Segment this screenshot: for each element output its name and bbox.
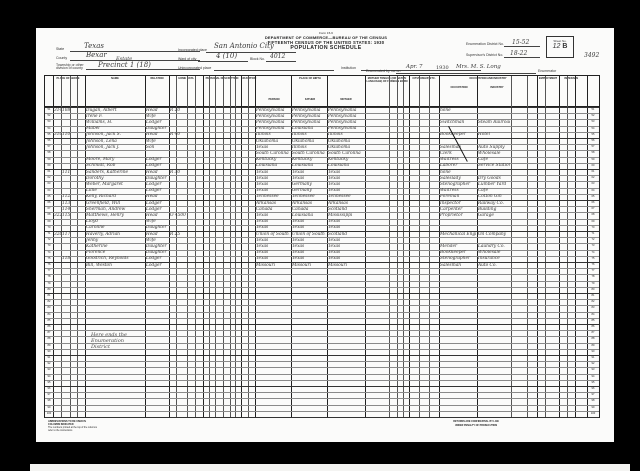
industry: Auto Co. <box>478 263 510 268</box>
incorporated-label: Incorporated place <box>178 48 207 52</box>
line-number: 55 <box>45 133 53 136</box>
line-number: 74 <box>589 251 597 254</box>
line-number: 100 <box>45 412 53 415</box>
sheet-number: 12 <box>553 43 561 50</box>
birthplace: Pennsylvania <box>256 126 290 131</box>
line-number: 82 <box>589 300 597 303</box>
occupation: Mechanical Engineer <box>440 232 476 237</box>
person-name: Dorothy <box>86 176 144 181</box>
father-birthplace: Germany <box>292 188 326 193</box>
person-name: Caroline <box>86 225 144 230</box>
industry: Laundry Co. <box>478 244 510 249</box>
line-number: 70 <box>45 226 53 229</box>
relation: Wife <box>146 139 168 144</box>
occupation: Carpenter <box>440 207 476 212</box>
family-number: 115 <box>62 213 70 218</box>
line-number: 67 <box>589 207 597 210</box>
line-number: 96 <box>589 387 597 390</box>
industry: Oil Company <box>478 232 510 237</box>
birthplace: Texas <box>256 176 290 181</box>
township-value: Precinct 1 (18) <box>98 61 151 69</box>
line-number: 59 <box>589 158 597 161</box>
industry: Building <box>478 207 510 212</box>
father-birthplace: Arkansas <box>292 201 326 206</box>
mother-birthplace: Texas <box>328 170 364 175</box>
line-number: 58 <box>45 151 53 154</box>
line-number: 93 <box>45 368 53 371</box>
occupation: Clerk <box>440 151 476 156</box>
house-number: 314 <box>54 108 61 113</box>
industry: Lumber Yard <box>478 182 510 187</box>
subhead-father: FATHER <box>293 98 327 101</box>
subhead-occupation: OCCUPATION <box>441 86 477 89</box>
county-value: Bexar <box>86 51 107 59</box>
line-number: 89 <box>45 344 53 347</box>
line-number: 54 <box>45 127 53 130</box>
person-name: Johnson, Lena <box>86 139 144 144</box>
house-number: 326 <box>54 232 61 237</box>
father-birthplace: Kentucky <box>292 157 326 162</box>
group-veterans: VETERANS <box>559 77 583 80</box>
line-number: 60 <box>45 164 53 167</box>
relation: Head <box>146 132 168 137</box>
line-number: 96 <box>45 387 53 390</box>
mother-birthplace: Scotland <box>328 207 364 212</box>
group-name: NAME <box>85 77 145 80</box>
person-name: Johnson, Jack S. <box>86 132 144 137</box>
person-name: Bill, Weston <box>86 263 144 268</box>
subhead-person: PERSON <box>257 98 291 101</box>
father-birthplace: Louisiana <box>292 213 326 218</box>
industry: Wholesale <box>478 151 510 156</box>
industry: Dry Goods <box>478 176 510 181</box>
enumerated-date: Apr. 7 <box>406 64 423 70</box>
line-number: 74 <box>45 251 53 254</box>
mother-birthplace: Oklahoma <box>328 145 364 150</box>
mother-birthplace: Kentucky <box>328 157 364 162</box>
father-birthplace: Illinois <box>292 145 326 150</box>
line-number: 87 <box>45 331 53 334</box>
enumeration-district-value: 15-52 <box>512 39 529 46</box>
birthplace: Canada <box>256 207 290 212</box>
line-number: 66 <box>45 201 53 204</box>
column-headers: PLACE OF ABODE NAME RELATION HOME DATA P… <box>45 76 599 107</box>
group-place-of-abode: PLACE OF ABODE <box>53 77 83 80</box>
relation: Lodger <box>146 182 168 187</box>
industry: Steam Railroad <box>478 120 510 125</box>
line-number: 69 <box>589 220 597 223</box>
line-number: 78 <box>589 275 597 278</box>
relation: Lodger <box>146 120 168 125</box>
sheet-side: B <box>562 43 567 50</box>
next-sheet-edge <box>30 464 630 471</box>
line-number: 83 <box>45 306 53 309</box>
line-number: 69 <box>45 220 53 223</box>
population-schedule-grid: PLACE OF ABODE NAME RELATION HOME DATA P… <box>44 75 600 418</box>
enumerator-label: Enumerator <box>538 69 556 73</box>
birthplace: South Carolina <box>256 151 290 156</box>
mother-birthplace: Missouri <box>328 263 364 268</box>
relation: Lodger <box>146 157 168 162</box>
mother-birthplace: Oklahoma <box>328 139 364 144</box>
line-number: 92 <box>589 362 597 365</box>
relation: Lodger <box>146 263 168 268</box>
occupation: none <box>440 108 476 113</box>
line-number: 70 <box>589 226 597 229</box>
line-number: 73 <box>45 244 53 247</box>
form-title-block: Form 15-6 DEPARTMENT OF COMMERCE—BUREAU … <box>241 31 411 51</box>
father-birthplace: Pennsylvania <box>292 108 326 113</box>
line-number: 64 <box>45 189 53 192</box>
line-number: 68 <box>45 213 53 216</box>
house-number: 322 <box>54 213 61 218</box>
institution-label: Institution <box>341 66 356 70</box>
line-number: 90 <box>589 350 597 353</box>
block-label: Block No. <box>250 57 265 61</box>
line-number: 80 <box>45 288 53 291</box>
mother-birthplace: Scotland <box>328 232 364 237</box>
family-number: 114 <box>62 207 70 212</box>
father-birthplace: Union of South Africa <box>292 232 326 237</box>
mother-birthplace: Texas <box>328 219 364 224</box>
line-number: 86 <box>45 325 53 328</box>
line-number: 94 <box>589 375 597 378</box>
line-number: 58 <box>589 151 597 154</box>
birthplace: Texas <box>256 188 290 193</box>
enumerated-year: 1930 <box>436 65 449 71</box>
line-number: 71 <box>45 232 53 235</box>
mother-birthplace: Texas <box>328 244 364 249</box>
ward-line <box>198 61 248 62</box>
subhead-mother: MOTHER <box>329 98 363 101</box>
relation: Lodger <box>146 207 168 212</box>
relation: Daughter <box>146 126 168 131</box>
line-number: 100 <box>589 412 597 415</box>
father-birthplace: Germany <box>292 182 326 187</box>
line-number: 84 <box>45 313 53 316</box>
relation: Wife <box>146 219 168 224</box>
mother-birthplace: Texas <box>328 238 364 243</box>
relation: Head <box>146 194 168 199</box>
ed-line <box>504 46 540 47</box>
footer-penalty: UNDER PENALTY OF PROSECUTION <box>446 424 506 427</box>
mother-birthplace: Louisiana <box>328 163 364 168</box>
relation: Daughter <box>146 244 168 249</box>
occupation: Proprietor <box>440 213 476 218</box>
birthplace: Union of South Africa <box>256 232 290 237</box>
father-birthplace: Illinois <box>292 132 326 137</box>
birthplace: Texas <box>256 182 290 187</box>
mother-birthplace: Texas <box>328 176 364 181</box>
state-value: Texas <box>84 42 104 50</box>
line-number: 72 <box>45 238 53 241</box>
block-line <box>266 61 296 62</box>
line-number: 71 <box>589 232 597 235</box>
birthplace: Texas <box>256 219 290 224</box>
home-data: R 20 <box>170 108 186 113</box>
occupation: Laborer <box>440 163 476 168</box>
industry: Cafe <box>478 188 510 193</box>
enumerator-name: Mrs. M. S. Long <box>456 64 501 70</box>
person-name: Johnson, Jack J. <box>86 145 144 150</box>
group-citizenship: CITIZENSHIP, ETC. <box>409 77 439 80</box>
mother-birthplace: Texas <box>328 225 364 230</box>
ward-value: 4 (10) <box>216 52 237 60</box>
person-name: Goodrich, Reynolds <box>86 256 144 261</box>
home-data: O 4500 <box>170 213 186 218</box>
group-relation: RELATION <box>145 77 169 80</box>
occupation: Foreman <box>440 194 476 199</box>
father-birthplace: South Carolina <box>292 151 326 156</box>
home-data: R 25 <box>170 232 186 237</box>
line-number: 79 <box>45 282 53 285</box>
unincorporated-label: Unincorporated place <box>178 66 211 70</box>
line-number: 57 <box>589 145 597 148</box>
schedule-title: POPULATION SCHEDULE <box>241 45 411 51</box>
birthplace: Pennsylvania <box>256 108 290 113</box>
relation: Lodger <box>146 201 168 206</box>
line-number: 84 <box>589 313 597 316</box>
birthplace: Kentucky <box>256 157 290 162</box>
father-birthplace: Canada <box>292 207 326 212</box>
person-name: Matthews, Henry <box>86 213 144 218</box>
line-number: 85 <box>45 319 53 322</box>
mother-birthplace: Pennsylvania <box>328 126 364 131</box>
person-name: Florence <box>86 250 144 255</box>
line-number: 94 <box>45 375 53 378</box>
family-number: 110 <box>62 132 70 137</box>
line-number: 62 <box>45 176 53 179</box>
relation: Lodger <box>146 188 168 193</box>
unincorporated-line <box>214 70 334 71</box>
line-number: 92 <box>45 362 53 365</box>
line-number: 65 <box>45 195 53 198</box>
line-number: 83 <box>589 306 597 309</box>
state-label: State <box>56 47 64 51</box>
enumerator-line <box>396 73 536 74</box>
occupation: Mender <box>440 244 476 249</box>
line-number: 85 <box>589 319 597 322</box>
mother-birthplace: South Carolina <box>328 151 364 156</box>
footer-instructions-note: The numbers printed at the top of the co… <box>48 426 98 432</box>
line-number: 77 <box>45 269 53 272</box>
person-name: Irene F. <box>86 114 144 119</box>
family-number: 112 <box>62 194 70 199</box>
occupation: Inspector <box>440 201 476 206</box>
relation: Daughter <box>146 225 168 230</box>
line-number: 86 <box>589 325 597 328</box>
industry: Auto Supply <box>478 145 510 150</box>
father-birthplace: Texas <box>292 176 326 181</box>
birthplace: Missouri <box>256 263 290 268</box>
sd-line <box>504 57 540 58</box>
line-number: 76 <box>589 263 597 266</box>
family-number: 108 <box>62 108 70 113</box>
line-number: 76 <box>45 263 53 266</box>
father-birthplace: Texas <box>292 170 326 175</box>
father-birthplace: Oklahoma <box>292 139 326 144</box>
person-name: Williams, H. <box>86 120 144 125</box>
birthplace: Pennsylvania <box>256 114 290 119</box>
line-number: 98 <box>45 399 53 402</box>
line-number: 91 <box>589 356 597 359</box>
person-name: Schmidt, Rob <box>86 163 144 168</box>
line-number: 52 <box>589 114 597 117</box>
line-number: 55 <box>589 133 597 136</box>
line-number: 57 <box>45 145 53 148</box>
relation: Head <box>146 232 168 237</box>
mother-birthplace: Illinois <box>328 132 364 137</box>
relation: Daughter <box>146 176 168 181</box>
father-birthplace: Texas <box>292 256 326 261</box>
form-footer: ABBREVIATIONS TO BE USED IN COLUMNS INDI… <box>44 418 598 436</box>
line-number: 99 <box>45 406 53 409</box>
line-number: 63 <box>45 182 53 185</box>
line-number: 66 <box>589 201 597 204</box>
supervisor-district-label: Supervisor's District No. <box>466 53 503 57</box>
line-number: 63 <box>589 182 597 185</box>
mother-birthplace: Texas <box>328 188 364 193</box>
person-name: Weber, Margaret <box>86 182 144 187</box>
mother-birthplace: Pennsylvania <box>328 114 364 119</box>
line-number: 61 <box>45 170 53 173</box>
relation: Son <box>146 145 168 150</box>
industry: Cafe <box>478 157 510 162</box>
group-home-data: HOME DATA <box>169 77 203 80</box>
line-number: 97 <box>45 393 53 396</box>
line-number: 89 <box>589 344 597 347</box>
relation: Lodger <box>146 256 168 261</box>
line-number: 81 <box>45 294 53 297</box>
subhead-industry: INDUSTRY <box>479 86 515 89</box>
home-data: R 40 <box>170 132 186 137</box>
birthplace: Louisiana <box>256 163 290 168</box>
family-number: 118 <box>62 256 70 261</box>
line-number: 90 <box>45 350 53 353</box>
father-birthplace: Pennsylvania <box>292 114 326 119</box>
line-number: 79 <box>589 282 597 285</box>
line-number: 87 <box>589 331 597 334</box>
relation: Wife <box>146 114 168 119</box>
house-number: 316 <box>54 132 61 137</box>
industry: Cotton Gin <box>478 194 510 199</box>
father-birthplace: Tennessee <box>292 194 326 199</box>
occupation: Stenographer <box>440 182 476 187</box>
industry: Garage <box>478 213 510 218</box>
line-number: 72 <box>589 238 597 241</box>
industry: Hotel <box>478 132 510 137</box>
line-number: 75 <box>45 257 53 260</box>
person-name: Sanders, Katherine <box>86 170 144 175</box>
birthplace: Pennsylvania <box>256 120 290 125</box>
line-number: 82 <box>45 300 53 303</box>
father-birthplace: Pennsylvania <box>292 120 326 125</box>
person-name: Haverly, Adrian <box>86 232 144 237</box>
relation: Wife <box>146 238 168 243</box>
occupation: Bookkeeper <box>440 132 476 137</box>
family-number: 117 <box>62 232 70 237</box>
birthplace: Texas <box>256 170 290 175</box>
line-number: 65 <box>589 195 597 198</box>
group-place-of-birth: PLACE OF BIRTH <box>255 77 365 80</box>
birthplace: Texas <box>256 244 290 249</box>
line-number: 67 <box>45 207 53 210</box>
line-number: 97 <box>589 393 597 396</box>
line-number: 88 <box>589 337 597 340</box>
industry: Wholesale <box>478 250 510 255</box>
birthplace: Texas <box>256 225 290 230</box>
birthplace: Illinois <box>256 132 290 137</box>
occupation: Switchman <box>440 120 476 125</box>
relation: Head <box>146 213 168 218</box>
person-name: Katherine <box>86 244 144 249</box>
margin-number: 3492 <box>584 52 599 59</box>
person-name: Lloyd <box>86 219 144 224</box>
industry: Railway Co. <box>478 201 510 206</box>
line-number: 93 <box>589 368 597 371</box>
mother-birthplace: Mississippi <box>328 213 364 218</box>
line-number: 80 <box>589 288 597 291</box>
line-number: 81 <box>589 294 597 297</box>
block-value: 4012 <box>270 53 285 60</box>
occupation: Bookkeeper <box>440 250 476 255</box>
sheet-number-value: 12 B <box>547 43 573 50</box>
relation: Daughter <box>146 250 168 255</box>
line-number: 61 <box>589 170 597 173</box>
line-number: 78 <box>45 275 53 278</box>
birthplace: Texas <box>256 145 290 150</box>
mother-birthplace: Pennsylvania <box>328 120 364 125</box>
line-number: 77 <box>589 269 597 272</box>
person-name: Dugan, Albert <box>86 108 144 113</box>
line-number: 98 <box>589 399 597 402</box>
birthplace: Tennessee <box>256 194 290 199</box>
occupation: Waitress <box>440 157 476 162</box>
birthplace: Texas <box>256 250 290 255</box>
industry: Service Station <box>478 163 510 168</box>
person-name: Sherman, Andrew <box>86 207 144 212</box>
margin-note: Here ends the Enumeration District <box>91 332 141 350</box>
father-birthplace: Texas <box>292 250 326 255</box>
birthplace: Texas <box>256 213 290 218</box>
person-name: Kelly, Richard <box>86 194 144 199</box>
relation: Lodger <box>146 163 168 168</box>
line-number: 53 <box>589 120 597 123</box>
mother-birthplace: Texas <box>328 182 364 187</box>
mother-birthplace: Arkansas <box>328 201 364 206</box>
birthplace: Arkansas <box>256 201 290 206</box>
supervisor-district-value: 18-22 <box>510 50 527 57</box>
end-of-district-note: Here ends the Enumeration District <box>91 332 141 350</box>
line-number: 59 <box>45 158 53 161</box>
family-number: 111 <box>62 170 70 175</box>
mother-birthplace: Tennessee <box>328 194 364 199</box>
footer-confidential: RETURNS ARE CONFIDENTIAL BY LAW <box>446 420 506 423</box>
line-number: 51 <box>589 108 597 111</box>
father-birthplace: Texas <box>292 225 326 230</box>
line-number: 91 <box>45 356 53 359</box>
occupation: Salesman <box>440 263 476 268</box>
enumeration-district-label: Enumeration District No. <box>466 42 504 46</box>
relation: Head <box>146 170 168 175</box>
line-number: 54 <box>589 127 597 130</box>
relation: Head <box>146 108 168 113</box>
occupation: Waitress <box>440 188 476 193</box>
father-birthplace: Texas <box>292 244 326 249</box>
line-number: 64 <box>589 189 597 192</box>
person-name: Greenfield, Will <box>86 201 144 206</box>
person-name: Jenny <box>86 238 144 243</box>
